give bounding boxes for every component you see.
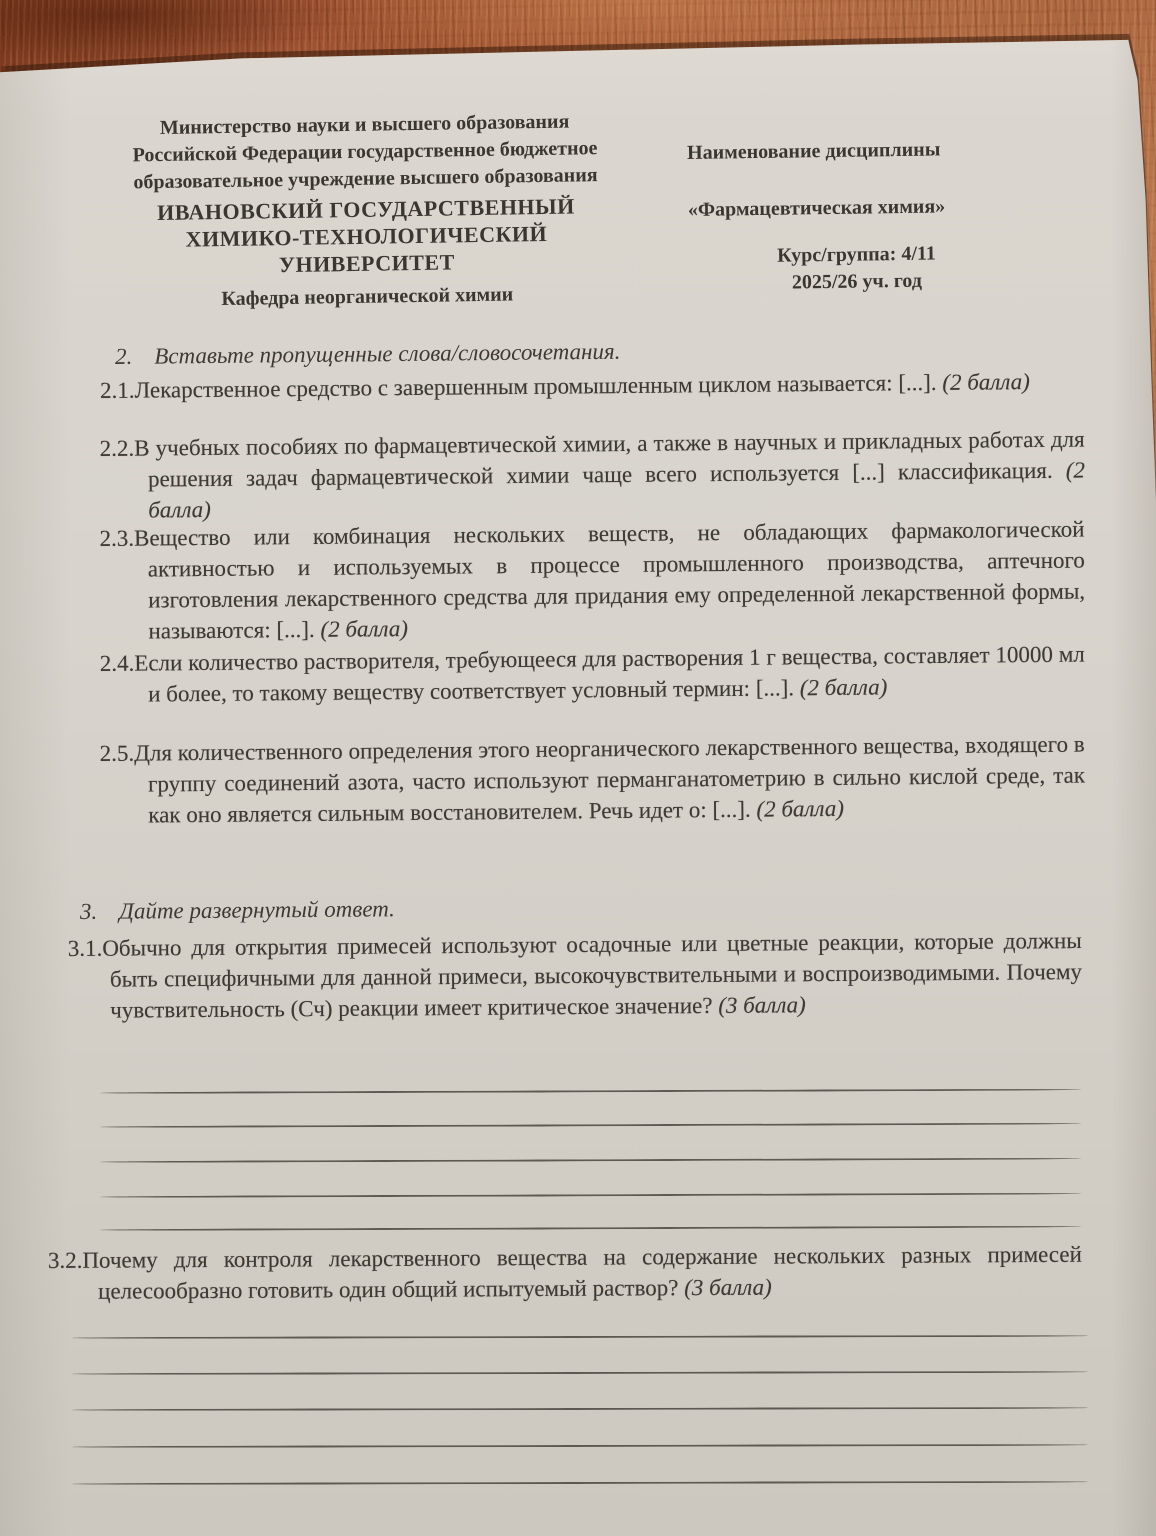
question-text: Обычно для открытия примесей используют … [102,928,1082,1023]
question-item-3-1: 3.1.Обычно для открытия примесей использ… [68,925,1083,1026]
answer-line [100,1123,1082,1128]
question-number: 3.2. [48,1248,83,1273]
answer-line [100,1158,1082,1163]
answer-line [72,1371,1088,1375]
question-item-2-1: 2.1.Лекарственное средство с завершенным… [100,366,1085,406]
answer-line [72,1407,1088,1411]
section-2-number: 2. [115,344,133,369]
question-item-2-4: 2.4.Если количество растворителя, требую… [100,639,1086,710]
section-3-number: 3. [80,899,97,924]
department-name: Кафедра неорганической химии [97,282,637,313]
question-points: (3 балла) [684,1275,772,1301]
academic-year: 2025/26 уч. год [689,266,1025,298]
exam-paper-sheet: Министерство науки и высшего образования… [0,0,1156,1536]
section-2-title: Вставьте пропущенные слова/словосочетани… [154,339,620,369]
question-number: 2.4. [100,651,135,676]
section-3-title: Дайте развернутый ответ. [119,896,395,923]
answer-line [100,1226,1082,1231]
discipline-name: «Фармацевтическая химия» [688,192,1024,223]
question-text: Вещество или комбинация нескольких вещес… [134,517,1085,644]
question-number: 3.1. [68,936,103,961]
question-number: 2.5. [100,741,135,766]
university-name: ИВАНОВСКИЙ ГОСУДАРСТВЕННЫЙ ХИМИКО-ТЕХНОЛ… [96,192,637,281]
question-number: 2.2. [100,436,135,461]
discipline-label: Наименование дисциплины [687,135,1023,166]
answer-line [72,1335,1088,1339]
question-text: В учебных пособиях по фармацевтической х… [134,427,1085,492]
question-text: Почему для контроля лекарственного вещес… [82,1242,1082,1304]
section-3-heading: 3.Дайте развернутый ответ. [80,894,395,927]
discipline-header: Наименование дисциплины «Фармацевтическа… [687,135,1025,298]
question-points: (2 балла) [942,369,1030,395]
question-points: (3 балла) [718,992,806,1018]
question-item-2-2: 2.2.В учебных пособиях по фармацевтическ… [100,424,1086,526]
question-text: Если количество растворителя, требующеес… [134,642,1085,707]
section-2-heading: 2.Вставьте пропущенные слова/словосочета… [115,337,621,372]
question-item-3-2: 3.2.Почему для контроля лекарственного в… [48,1239,1082,1307]
answer-line [100,1089,1082,1094]
question-text: Лекарственное средство с завершенным про… [134,370,942,403]
question-text: Для количественного определения этого не… [134,732,1085,828]
answer-line [72,1444,1088,1448]
question-number: 2.3. [99,526,134,551]
question-item-2-3: 2.3.Вещество или комбинация нескольких в… [99,514,1085,647]
question-points: (2 балла) [800,674,888,700]
question-points: (2 балла) [756,796,844,822]
university-header: Министерство науки и высшего образования… [94,108,637,313]
answer-line [72,1481,1088,1485]
photo-of-exam-sheet: Министерство науки и высшего образования… [0,0,1156,1536]
question-number: 2.1. [100,378,135,403]
question-item-2-5: 2.5.Для количественного определения этог… [100,729,1086,831]
answer-line [100,1193,1082,1198]
question-points: (2 балла) [320,616,408,642]
